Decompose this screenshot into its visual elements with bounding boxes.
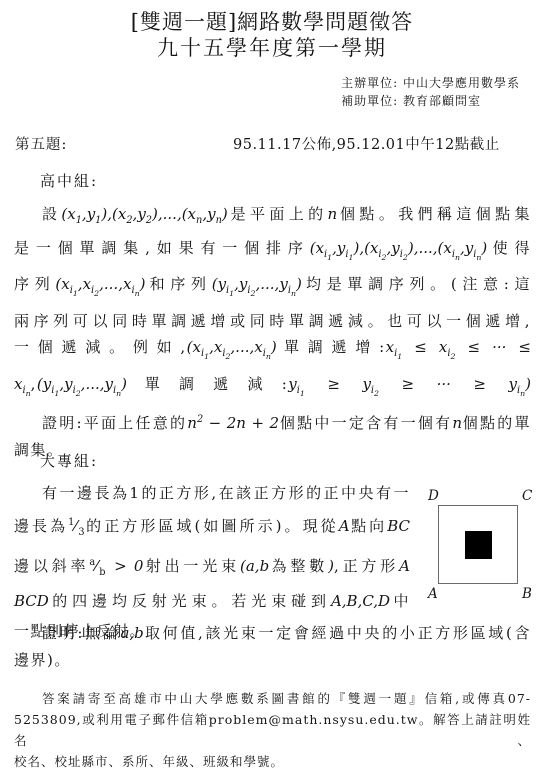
sponsor-line: 補助單位: 教育部顧問室 [341, 92, 520, 110]
outer-square-ABCD [438, 505, 518, 584]
organizer-block: 主辦單位: 中山大學應用數學系 補助單位: 教育部顧問室 [341, 74, 520, 110]
text-line: 有一邊長為1的正方形,在該正方形的正中央有一 [14, 479, 410, 508]
highschool-section-heading: 高中組: [40, 170, 98, 191]
text-line: 是一個單調集,如果有一個排序(xi1,yi1),(xi2,yi2),...,(x… [14, 235, 531, 272]
text-line: 證明:平面上任意的n2 − 2n + 2個點中一定含有一個有n個點的單 [14, 407, 531, 437]
text-line: 邊以斜率a⁄b > 0射出一光束(a,b為整數),正方形A [14, 548, 410, 587]
text-line: 邊界)。 [14, 647, 531, 674]
square-reflection-figure: D C A B [428, 492, 532, 612]
text-line: 5253809,或利用電子郵件信箱problem@math.nsysu.edu.… [14, 709, 531, 751]
text-line: 證明:無論a,b取何值,該光束一定會經過中央的小正方形區域(含 [14, 620, 531, 647]
organizer-line: 主辦單位: 中山大學應用數學系 [341, 74, 520, 92]
corner-label-D: D [428, 488, 439, 504]
text-line: 序列(xi1,xi2,...,xin)和序列(yi1,yi2,...,yin)均… [14, 271, 531, 308]
text-line: 一個遞減。例如,(xi1,xi2,...,xin)單調遞增:xi1 ≤ xi2 … [14, 334, 531, 371]
page-subtitle: 九十五學年度第一學期 [0, 32, 544, 62]
inner-black-square [465, 531, 492, 559]
text-line: BCD的四邊均反射光束。若光束碰到A,B,C,D中 [14, 587, 410, 616]
text-line: xin,(yi1,yi2,...,yin)單調遞減:yi1 ≥ yi2 ≥ ··… [14, 371, 531, 408]
highschool-problem-paragraph: 設(x1,y1),(x2,y2),...,(xn,yn)是平面上的n個點。我們稱… [14, 201, 531, 464]
text-line: 設(x1,y1),(x2,y2),...,(xn,yn)是平面上的n個點。我們稱… [14, 201, 531, 235]
problem-number-label: 第五題: [15, 133, 67, 154]
corner-label-C: C [522, 488, 532, 504]
document-page: [雙週一題]網路數學問題徵答 九十五學年度第一學期 主辦單位: 中山大學應用數學… [0, 0, 544, 770]
problem-dates: 95.11.17公佈,95.12.01中午12點截止 [233, 133, 500, 154]
text-line: 校名、校址縣市、系所、年級、班級和學號。 [14, 751, 531, 770]
college-proof-paragraph: 證明:無論a,b取何值,該光束一定會經過中央的小正方形區域(含 邊界)。 [14, 620, 531, 674]
corner-label-A: A [428, 586, 438, 602]
submission-instructions: 答案請寄至高雄市中山大學應數系圖書館的『雙週一題』信箱,或傳真07- 52538… [14, 688, 531, 770]
text-line: 答案請寄至高雄市中山大學應數系圖書館的『雙週一題』信箱,或傳真07- [14, 688, 531, 709]
text-line: 邊長為1⁄3的正方形區域(如圖所示)。現從A點向BC [14, 508, 410, 547]
corner-label-B: B [522, 586, 532, 602]
text-line: 兩序列可以同時單調遞增或同時單調遞減。也可以一個遞增, [14, 308, 531, 335]
college-section-heading: 大專組: [40, 450, 98, 471]
